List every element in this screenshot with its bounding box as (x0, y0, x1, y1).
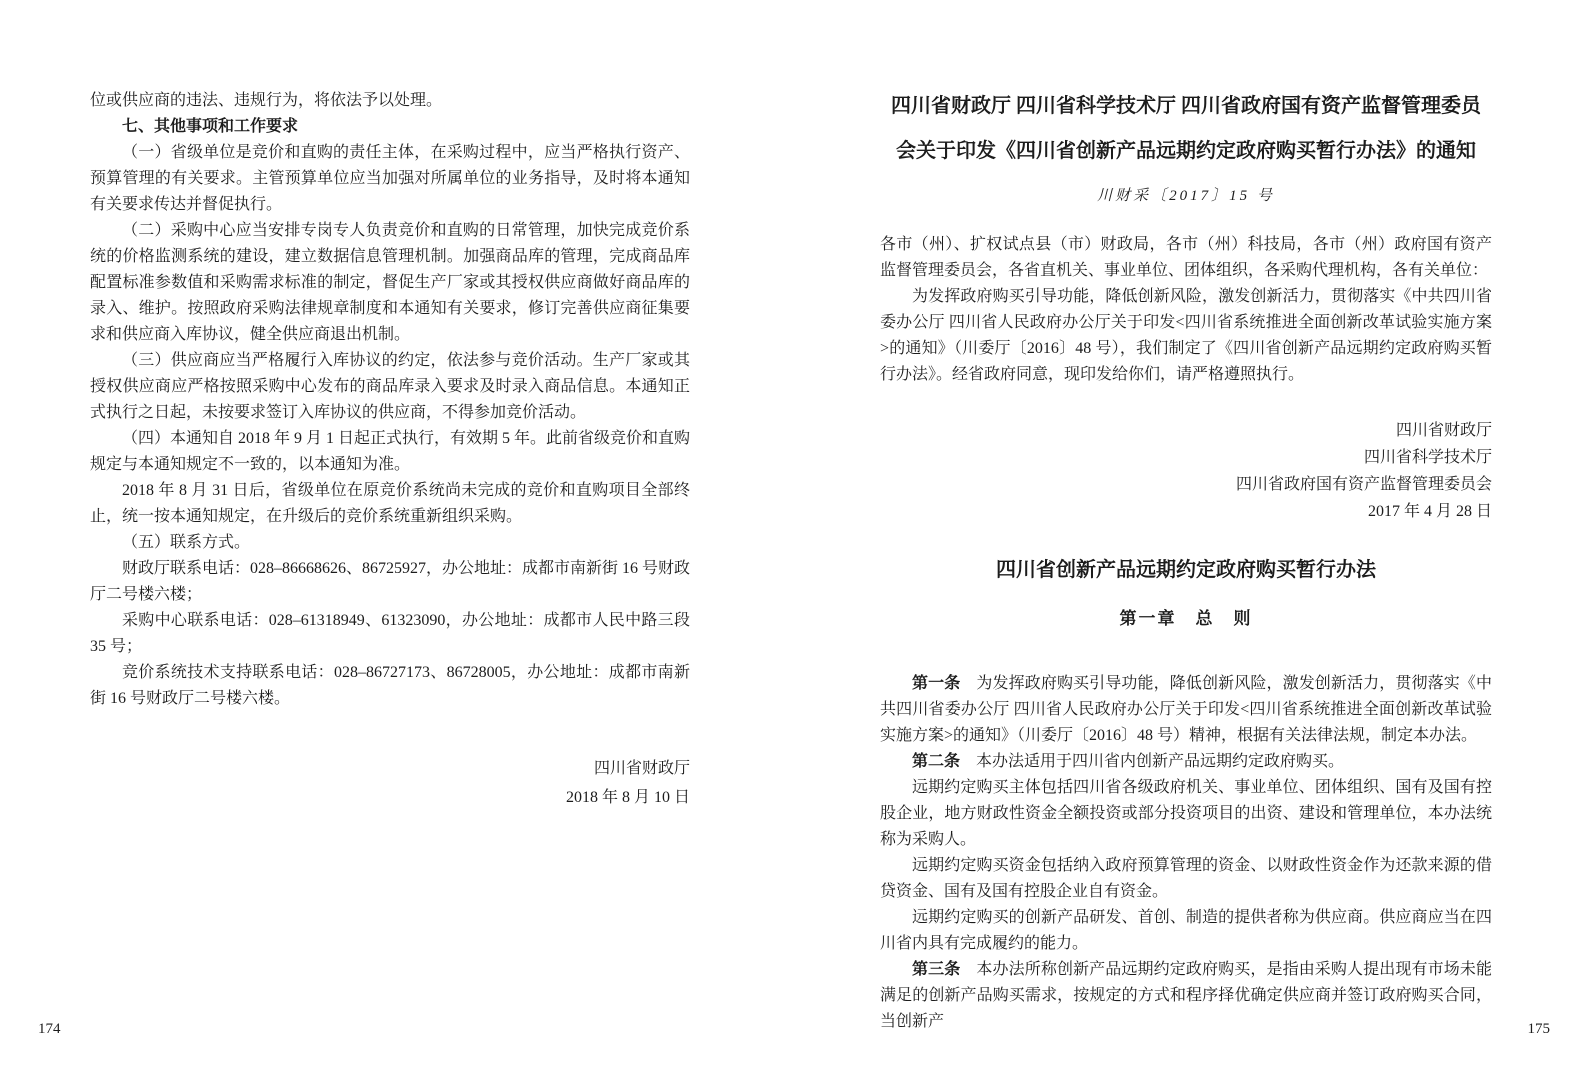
article-1-text: 为发挥政府购买引导功能，降低创新风险，激发创新活力，贯彻落实《中共四川省委办公厅… (880, 675, 1492, 744)
article-1: 第一条为发挥政府购买引导功能，降低创新风险，激发创新活力，贯彻落实《中共四川省委… (880, 671, 1492, 749)
document-title-line2: 会关于印发《四川省创新产品远期约定政府购买暂行办法》的通知 (880, 129, 1492, 174)
article-1-label: 第一条 (912, 675, 960, 692)
article-2-text: 本办法适用于四川省内创新产品远期约定政府购买。 (976, 753, 1344, 770)
page-number-left: 174 (38, 1020, 61, 1038)
article-3-text: 本办法所称创新产品远期约定政府购买，是指由采购人提出现有市场未能满足的创新产品购… (880, 961, 1492, 1030)
document-title-line1: 四川省财政厅 四川省科学技术厅 四川省政府国有资产监督管理委员 (880, 84, 1492, 129)
signature-block-left: 四川省财政厅 2018 年 8 月 10 日 (90, 754, 690, 812)
article-2: 第二条本办法适用于四川省内创新产品远期约定政府购买。 (880, 749, 1492, 775)
paragraph-item-3: （三）供应商应当严格履行入库协议的约定，依法参与竞价活动。生产厂家或其授权供应商… (90, 348, 690, 426)
chapter-heading: 第一章 总 则 (880, 609, 1492, 629)
paragraph-item-7: 财政厅联系电话：028–86668626、86725927，办公地址：成都市南新… (90, 556, 690, 608)
notice-paragraph: 为发挥政府购买引导功能，降低创新风险，激发创新活力，贯彻落实《中共四川省委办公厅… (880, 284, 1492, 388)
article-3: 第三条本办法所称创新产品远期约定政府购买，是指由采购人提出现有市场未能满足的创新… (880, 957, 1492, 1035)
notice-body: 各市（州）、扩权试点县（市）财政局，各市（州）科技局，各市（州）政府国有资产监督… (880, 232, 1492, 388)
signature-org-1: 四川省财政厅 (880, 417, 1492, 444)
article-2-para-2: 远期约定购买主体包括四川省各级政府机关、事业单位、团体组织、国有及国有控股企业，… (880, 775, 1492, 853)
paragraph-item-5: 2018 年 8 月 31 日后，省级单位在原竞价系统尚未完成的竞价和直购项目全… (90, 478, 690, 530)
continuation-paragraph: 位或供应商的违法、违规行为，将依法予以处理。 (90, 88, 690, 114)
signature-date: 2017 年 4 月 28 日 (880, 498, 1492, 525)
paragraph-item-8: 采购中心联系电话：028–61318949、61323090，办公地址：成都市人… (90, 608, 690, 660)
paragraph-item-6: （五）联系方式。 (90, 530, 690, 556)
paragraph-item-9: 竞价系统技术支持联系电话：028–86727173、86728005，办公地址：… (90, 660, 690, 712)
signature-date: 2018 年 8 月 10 日 (90, 783, 690, 812)
article-2-para-4: 远期约定购买的创新产品研发、首创、制造的提供者称为供应商。供应商应当在四川省内具… (880, 905, 1492, 957)
measure-title: 四川省创新产品远期约定政府购买暂行办法 (880, 558, 1492, 582)
articles: 第一条为发挥政府购买引导功能，降低创新风险，激发创新活力，贯彻落实《中共四川省委… (880, 671, 1492, 1035)
signature-org: 四川省财政厅 (90, 754, 690, 783)
document-spread: 位或供应商的违法、违规行为，将依法予以处理。 七、其他事项和工作要求 （一）省级… (0, 0, 1587, 1077)
signature-block-right: 四川省财政厅 四川省科学技术厅 四川省政府国有资产监督管理委员会 2017 年 … (880, 417, 1492, 525)
page-right: 四川省财政厅 四川省科学技术厅 四川省政府国有资产监督管理委员 会关于印发《四川… (880, 84, 1492, 1035)
section-heading: 七、其他事项和工作要求 (90, 114, 690, 140)
article-3-label: 第三条 (912, 961, 960, 978)
article-2-label: 第二条 (912, 753, 960, 770)
signature-org-3: 四川省政府国有资产监督管理委员会 (880, 471, 1492, 498)
salutation: 各市（州）、扩权试点县（市）财政局，各市（州）科技局，各市（州）政府国有资产监督… (880, 232, 1492, 284)
paragraph-item-2: （二）采购中心应当安排专岗专人负责竞价和直购的日常管理，加快完成竞价系统的价格监… (90, 218, 690, 348)
paragraph-item-1: （一）省级单位是竞价和直购的责任主体，在采购过程中，应当严格执行资产、预算管理的… (90, 140, 690, 218)
document-number: 川财采〔2017〕15 号 (880, 186, 1492, 206)
article-2-para-3: 远期约定购买资金包括纳入政府预算管理的资金、以财政性资金作为还款来源的借贷资金、… (880, 853, 1492, 905)
paragraph-item-4: （四）本通知自 2018 年 9 月 1 日起正式执行，有效期 5 年。此前省级… (90, 426, 690, 478)
document-title: 四川省财政厅 四川省科学技术厅 四川省政府国有资产监督管理委员 会关于印发《四川… (880, 84, 1492, 174)
page-number-right: 175 (1528, 1020, 1551, 1038)
signature-org-2: 四川省科学技术厅 (880, 444, 1492, 471)
page-left: 位或供应商的违法、违规行为，将依法予以处理。 七、其他事项和工作要求 （一）省级… (90, 88, 690, 812)
